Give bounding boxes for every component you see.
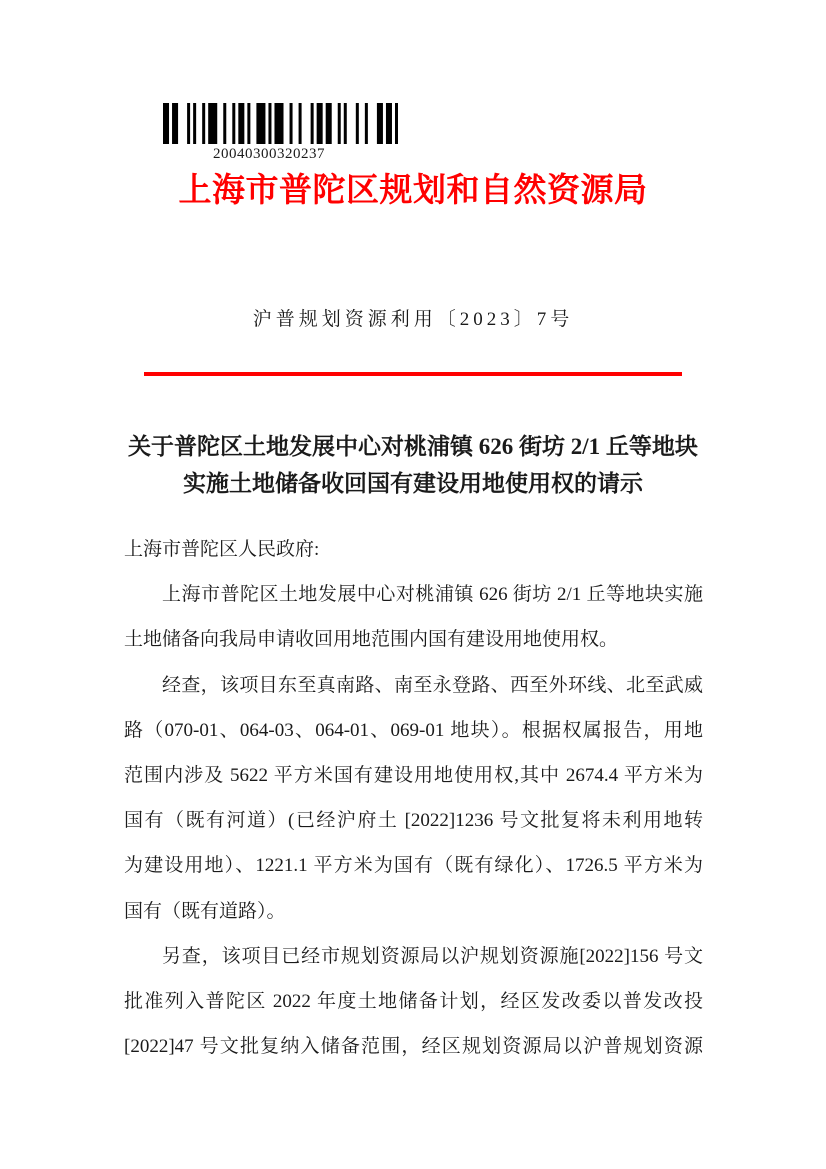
body-line: 国有（既有河道）(已经沪府土 [2022]1236 号文批复将未利用地转: [124, 798, 703, 843]
body-line: 上海市普陀区土地发展中心对桃浦镇 626 街坊 2/1 丘等地块实施: [124, 572, 703, 617]
body-line: 路（070-01、064-03、064-01、069-01 地块）。根据权属报告…: [124, 708, 703, 753]
document-page: 20040300320237 上海市普陀区规划和自然资源局 沪普规划资源利用〔2…: [0, 0, 826, 1169]
agency-title: 上海市普陀区规划和自然资源局: [0, 170, 826, 213]
barcode-number: 20040300320237: [213, 145, 325, 163]
body-line: 国有（既有道路）。: [124, 889, 703, 934]
divider-rule: [144, 372, 682, 376]
body-line: 另查，该项目已经市规划资源局以沪规划资源施[2022]156 号文: [124, 934, 703, 979]
body-line: 为建设用地）、1221.1 平方米为国有（既有绿化）、1726.5 平方米为: [124, 843, 703, 888]
doc-title: 关于普陀区土地发展中心对桃浦镇 626 街坊 2/1 丘等地块 实施土地储备收回…: [62, 428, 764, 502]
barcode-icon: [163, 103, 398, 144]
body-text: 上海市普陀区人民政府:上海市普陀区土地发展中心对桃浦镇 626 街坊 2/1 丘…: [124, 527, 703, 1069]
body-line: 批准列入普陀区 2022 年度土地储备计划，经区发改委以普发改投: [124, 979, 703, 1024]
body-line: [2022]47 号文批复纳入储备范围，经区规划资源局以沪普规划资源: [124, 1024, 703, 1069]
doc-title-line2: 实施土地储备收回国有建设用地使用权的请示: [62, 465, 764, 502]
body-line: 范围内涉及 5622 平方米国有建设用地使用权,其中 2674.4 平方米为: [124, 753, 703, 798]
body-line: 经查，该项目东至真南路、南至永登路、西至外环线、北至武威: [124, 663, 703, 708]
doc-title-line1: 关于普陀区土地发展中心对桃浦镇 626 街坊 2/1 丘等地块: [62, 428, 764, 465]
doc-number: 沪普规划资源利用〔2023〕7号: [0, 304, 826, 331]
body-line: 土地储备向我局申请收回用地范围内国有建设用地使用权。: [124, 617, 703, 662]
barcode-bars: [163, 103, 398, 144]
salutation-line: 上海市普陀区人民政府:: [124, 527, 703, 572]
